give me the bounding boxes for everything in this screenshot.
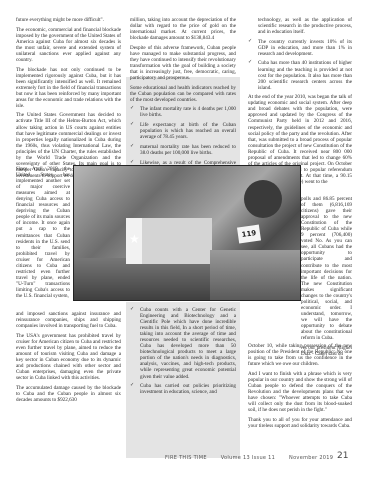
check-icon: ✓	[248, 60, 252, 66]
list-item: ✓Cuba has more than 40 institutions of h…	[248, 60, 352, 90]
list-item: ✓Life expectancy at birth of the Cuban p…	[130, 122, 236, 140]
column-1-continued: and imposed sanctions against insurance …	[16, 311, 121, 406]
education-list: ✓The country currently invests 10% of it…	[248, 39, 352, 91]
paragraph: million, taking into account the depreci…	[130, 17, 236, 41]
issue-date: November 2019	[289, 455, 333, 461]
column-2-lower: ✓Cuba counts with a Center for Genetic E…	[130, 307, 236, 399]
check-icon: ✓	[130, 383, 134, 389]
check-icon: ✓	[130, 307, 134, 313]
column-1: future everything might be more difficul…	[16, 17, 121, 183]
paragraph: Despite of this adverse framework, Cuban…	[130, 45, 236, 81]
check-icon: ✓	[130, 122, 134, 128]
magazine-page: future everything might be more difficul…	[0, 0, 366, 480]
list-item: ✓Cuba has carried out policies prioritiz…	[130, 383, 236, 395]
publication-name: FIRE THIS TIME	[165, 455, 207, 461]
paragraph: polls and 86.85 percent of them (6,816,1…	[301, 196, 352, 341]
crowd-image	[74, 258, 214, 300]
paragraph: And I want to finish with a phrase which…	[248, 371, 352, 413]
check-icon: ✓	[130, 106, 134, 112]
cuban-flag-image: ★	[126, 218, 212, 264]
classroom-image	[210, 250, 300, 300]
column-3-continued: October 10, while taking possession of t…	[248, 343, 352, 432]
paragraph: October 10, while taking possession of t…	[248, 343, 352, 367]
paragraph: The accumulated damage caused by the blo…	[16, 385, 121, 403]
paragraph: The economic, commercial and financial b…	[16, 27, 121, 63]
column-2: million, taking into account the depreci…	[130, 17, 236, 187]
photo-collage: ★ 119	[73, 165, 301, 301]
star-icon: ★	[129, 232, 140, 247]
list-item: ✓The infant mortality rate is 4 deaths p…	[130, 106, 236, 118]
list-item: ✓The country currently invests 10% of it…	[248, 39, 352, 57]
science-list: ✓Cuba counts with a Center for Genetic E…	[130, 307, 236, 395]
paragraph: Since April 2019, the United States has …	[16, 166, 70, 299]
paragraph: future everything might be more difficul…	[16, 17, 121, 23]
column-3: technology, as well as the application o…	[248, 17, 352, 189]
list-item: ✓Cuba counts with a Center for Genetic E…	[130, 307, 236, 380]
issue-volume: Volume 13 Issue 11	[221, 455, 275, 461]
check-icon: ✓	[130, 144, 134, 150]
portrait-image	[244, 180, 282, 218]
paragraph: The USA's government has prohibited trav…	[16, 333, 121, 381]
paragraph: and imposed sanctions against insurance …	[16, 311, 121, 329]
check-icon: ✓	[248, 39, 252, 45]
page-footer: FIRE THIS TIME Volume 13 Issue 11 Novemb…	[165, 455, 345, 461]
paragraph: Thank you to all of you for your attenda…	[248, 417, 352, 429]
paragraph: The blockade has not only continued to b…	[16, 67, 121, 109]
race-bib: 119	[237, 225, 261, 244]
paragraph: technology, as well as the application o…	[248, 17, 352, 35]
column-3-wrap-text: polls and 86.85 percent of them (6,816,1…	[301, 196, 352, 360]
column-1-wrap-text: Since April 2019, the United States has …	[16, 166, 70, 303]
list-item: ✓maternal mortality rate has been reduce…	[130, 144, 236, 156]
page-number: 21	[337, 451, 348, 461]
paragraph: Some educational and health indicators r…	[130, 85, 236, 103]
